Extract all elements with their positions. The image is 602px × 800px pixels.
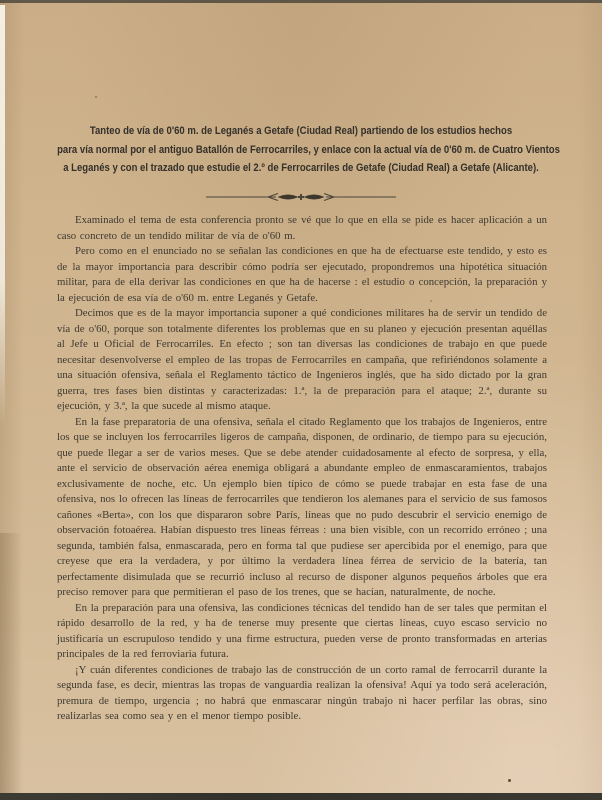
title-line-1: Tanteo de vía de 0'60 m. de Leganés a Ge… (57, 122, 545, 141)
scan-edge-top (0, 0, 602, 3)
paper-speck (95, 96, 97, 98)
paragraph-1: Examinado el tema de esta conferencia pr… (57, 213, 547, 244)
paragraph-3: Decimos que es de la mayor importancia s… (57, 306, 547, 415)
title-line-3: a Leganés y con el trazado que estudie e… (57, 159, 545, 178)
title-line-2: para vía normal por el antiguo Batallón … (57, 141, 545, 160)
paragraph-2: Pero como en el enunciado no se señalan … (57, 244, 547, 306)
scan-edge-bottom (0, 793, 602, 800)
page-curl-shadow (0, 533, 26, 793)
document-title: Tanteo de vía de 0'60 m. de Leganés a Ge… (30, 122, 572, 178)
paper-speck (508, 779, 511, 782)
title-divider-ornament (206, 190, 396, 204)
scanned-page: Tanteo de vía de 0'60 m. de Leganés a Ge… (0, 0, 602, 800)
paragraph-5: En la preparación para una ofensiva, las… (57, 601, 547, 663)
paragraph-6: ¡Y cuán diferentes condiciones de trabaj… (57, 663, 547, 725)
scan-edge-left-white (0, 5, 5, 425)
document-body: Examinado el tema de esta conferencia pr… (57, 213, 547, 725)
paragraph-4: En la fase preparatoria de una ofensiva,… (57, 415, 547, 601)
title-divider (0, 190, 602, 204)
